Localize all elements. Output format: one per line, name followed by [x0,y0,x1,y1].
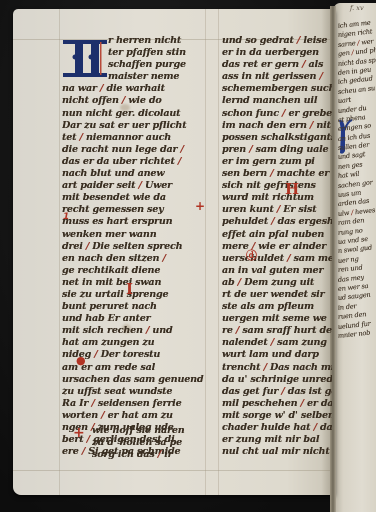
manuscript-line: an in val guten mer [222,265,332,277]
manuscript-line: ass in nit gerissen / [222,71,332,83]
manuscript-line: sen bern / machte er [222,168,332,180]
manuscript-line: uergen mit seme we [222,313,332,325]
right-page-text: ich am menigen richtsarne / wergen / und… [338,22,376,341]
manuscript-line: lernd manchen uil [222,95,332,107]
ruling-line [13,470,335,471]
manuscript-line: ter pfaffen stin [62,47,206,59]
rubric-initial: I [126,282,133,296]
manuscript-line: nul cht ual mir nicht nor [222,446,332,458]
manuscript-line: wurt lam und darp [222,349,332,361]
manuscript-line: drei / Die selten sprech [62,241,206,253]
manuscript-line: muss es hart ersprun [62,216,206,228]
manuscript-line: pehuldet / das ergesh [222,216,332,228]
manuscript-line: mit sich rechen / und [62,325,206,337]
manuscript-line: r herren nicht [62,35,206,47]
rubric-initial-circled: ● [76,354,86,368]
manuscript-line: mit besendet wie da [62,192,206,204]
manuscript-line: wurd mit richtum [222,192,332,204]
second-column-text: und so gedrat / leiseer in da uerbergend… [222,35,332,458]
left-column-text: r herren nichtter pfaffen stinschaffen p… [62,35,206,458]
manuscript-line: rt de uer wendet sir [222,289,332,301]
manuscript-line: worten / er hat am zu [62,410,206,422]
manuscript-line: da u' schrinige unrede [222,374,332,386]
rubric-initial-circled: ⓓ [246,249,257,263]
manuscript-line: Ra Ir / seidensen ferrie [62,398,206,410]
manuscript-line: ge rechtikait diene [62,265,206,277]
manuscript-line: recht gemessen sey [62,204,206,216]
manuscript-line: chader hulde hat / das n [222,422,332,434]
manuscript-line: zu uffst seat wundste [62,386,206,398]
manuscript-line: pren / sam ding uale [222,144,332,156]
manuscript-line: sich nit gefristens [222,180,332,192]
manuscript-line: schaffen purge [62,59,206,71]
manuscript-line: nun nicht ger. dicolaut [62,108,206,120]
manuscript-line: ab / Dem zung uit [222,277,332,289]
manuscript-line: hat am zungen zu [62,337,206,349]
margin-mark-numeral: 1 [63,212,69,222]
manuscript-line: effet ain pfal nuben [222,229,332,241]
manuscript-line: re / sam sraff hurt de [222,325,332,337]
ruling-line [59,9,60,495]
manuscript-line: tet / niemannor auch [62,132,206,144]
manuscript-line: das er da uber richtet / [62,156,206,168]
manuscript-line: na war / die warhait [62,83,206,95]
manuscript-line: ursachen das sam genuend [62,374,206,386]
margin-cross-mark: + [73,425,85,441]
rubric-initial: H [285,182,299,196]
left-column-footer: wie hoff sie narenzu d' hollen sa pesorg… [92,425,202,461]
manuscript-line: possen schalkstigants [222,132,332,144]
manuscript-line: das get fur / das ist ge [222,386,332,398]
manuscript-line: Dar zu sat er uer pflicht [62,120,206,132]
manuscript-line: schon func / er grebe [222,108,332,120]
manuscript-line: er zung mit nir bal [222,434,332,446]
margin-cross-mark: + [195,199,205,213]
manuscript-line: art paider seit / Uwer [62,180,206,192]
manuscript-line: sie zu urtail sprenge [62,289,206,301]
manuscript-line: nicht offen / wie do [62,95,206,107]
manuscript-line: zu d' hollen sa pe [92,437,202,449]
manuscript-line: maister neme [62,71,206,83]
manuscript-line: nach blut und anew [62,168,206,180]
manuscript-line: das ret er gern / als [222,59,332,71]
foliation-number: f. xv [350,4,364,12]
manuscript-line: bunt peruret nach [62,301,206,313]
manuscript-line: er im gern zum pi [222,156,332,168]
manuscript-line: net in mit bei swan [62,277,206,289]
manuscript-line: trencht / Das nach mit [222,362,332,374]
manuscript-line: nalendet / sam zung [222,337,332,349]
manuscript-line: uren kunt / Er sist [222,204,332,216]
manuscript-line: mit sorge w' d' selben [222,410,332,422]
manuscript-line: mere / wie er ainder [222,241,332,253]
manuscript-line: im nach den ern / nit [222,120,332,132]
manuscript-line: und hab Er anter [62,313,206,325]
manuscript-line: wie hoff sie naren [92,425,202,437]
manuscript-line: mil peschehen / er darf [222,398,332,410]
manuscript-line: uerschuldet / sam mein [222,253,332,265]
manuscript-line: sorg ich das / ir [92,449,202,461]
manuscript-line: ste als am pfleum [222,301,332,313]
manuscript-line: er in da uerbergen [222,47,332,59]
manuscript-line: schemembergen suche [222,83,332,95]
manuscript-line: und so gedrat / leise [222,35,332,47]
manuscript-line: wenken mer wann [62,229,206,241]
ruling-line [218,9,219,495]
manuscript-line: die racht nun lege dar / [62,144,206,156]
manuscript-line: en nach den sitzen / [62,253,206,265]
